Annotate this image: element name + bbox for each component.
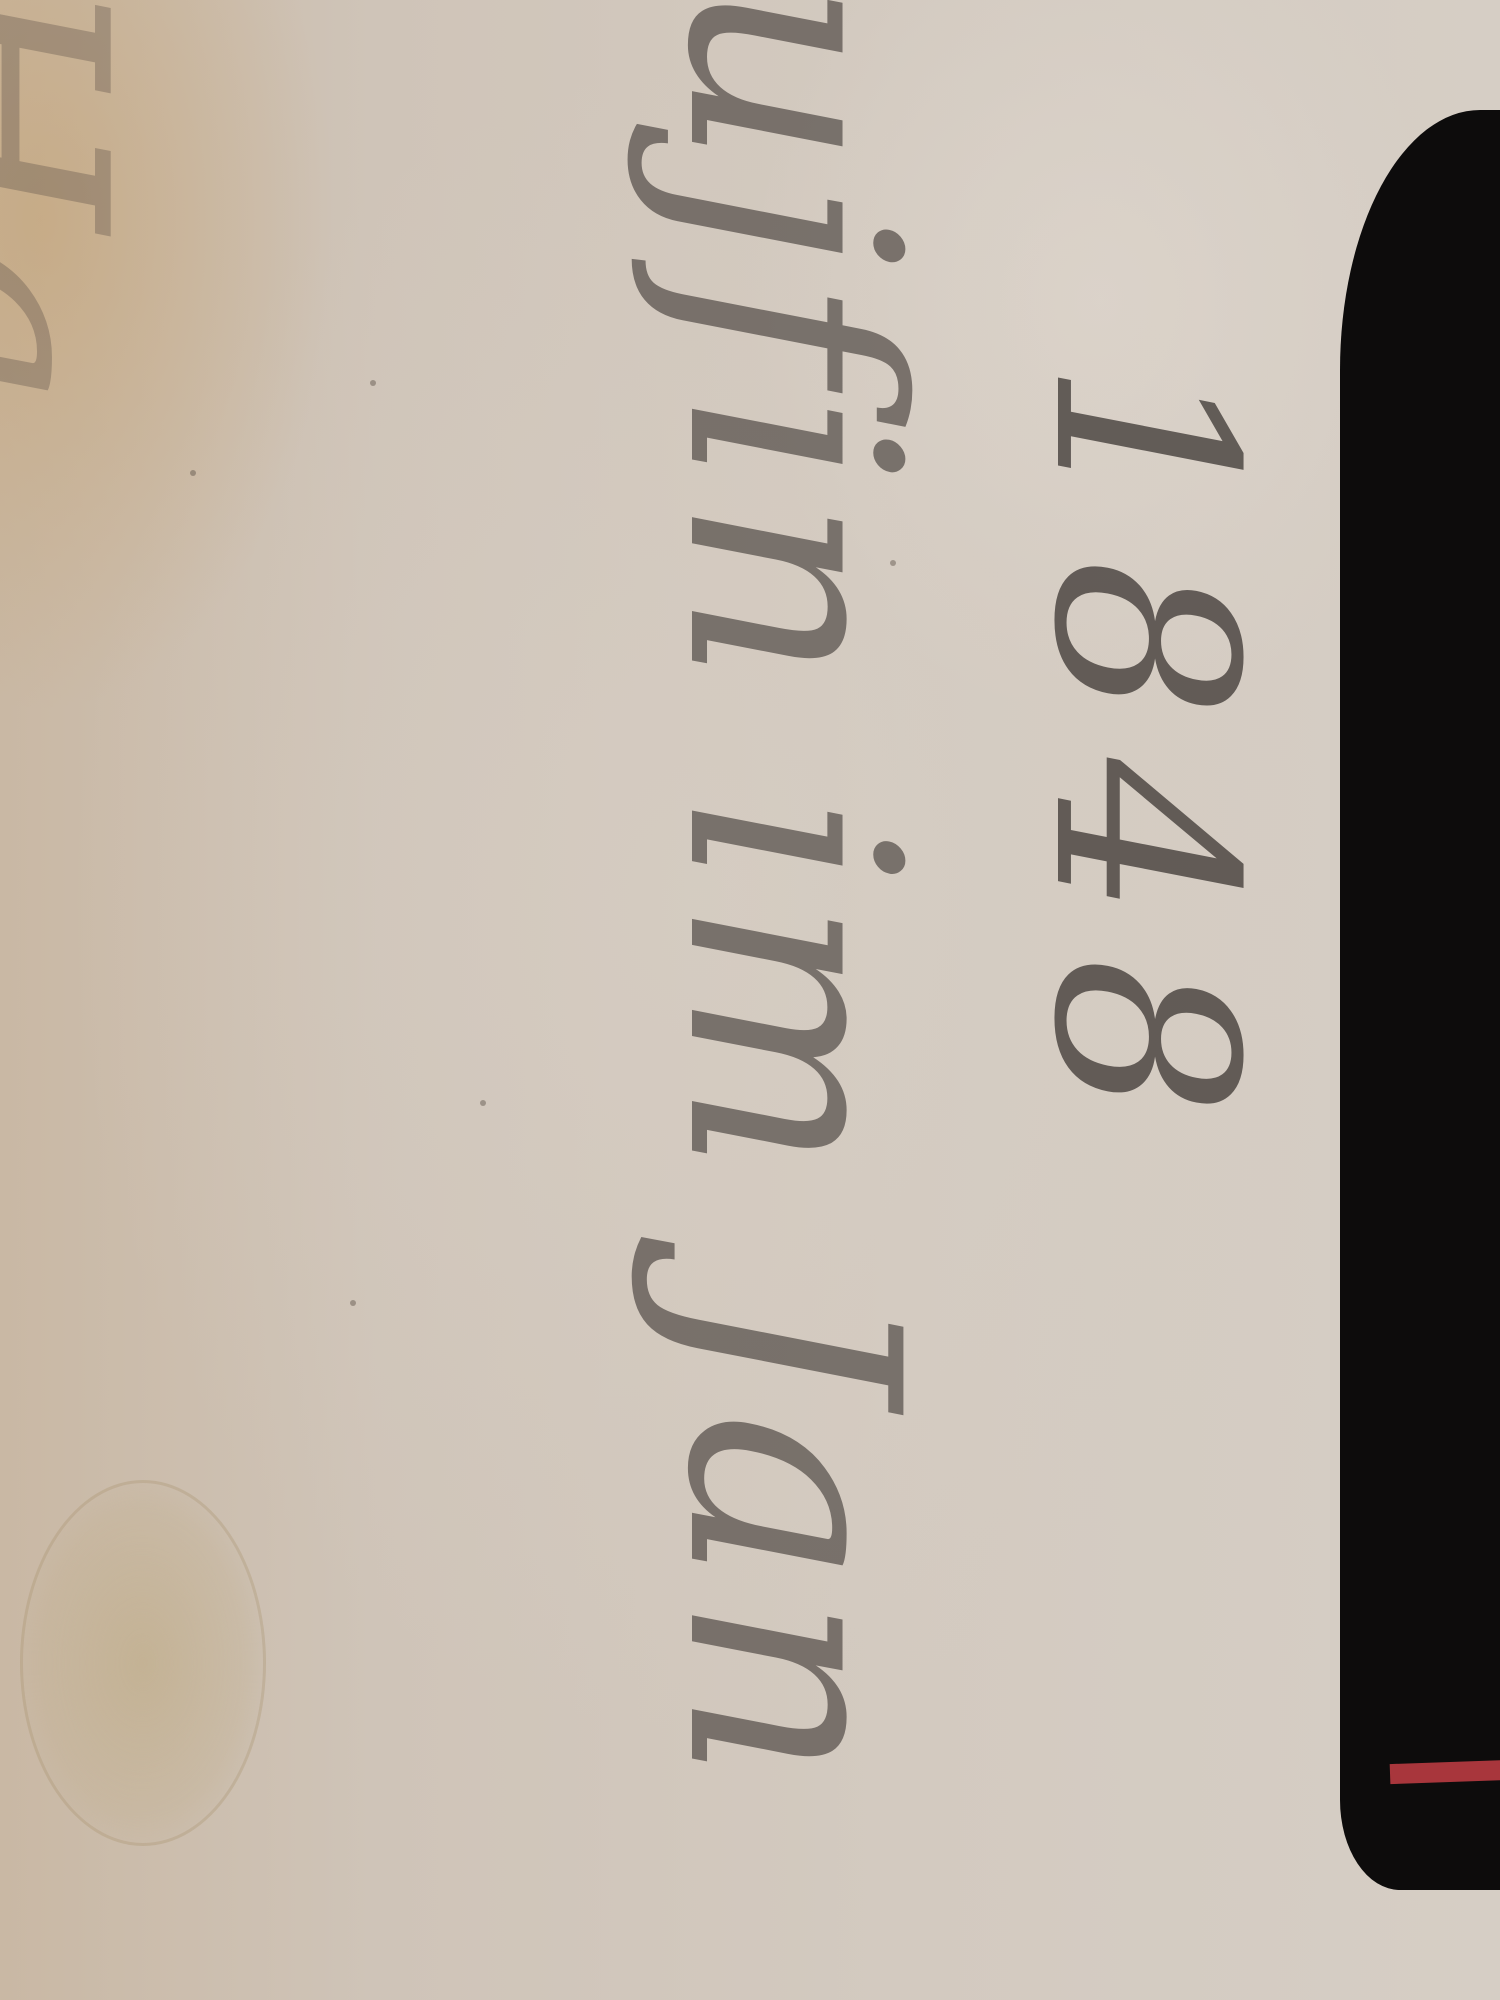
cursive-handwriting-line: ujfin im Jan <box>623 0 960 1792</box>
black-object-right-edge <box>1340 110 1500 1890</box>
ink-speck <box>370 380 376 386</box>
red-stripe <box>1390 1760 1500 1784</box>
ink-speck <box>480 1100 486 1106</box>
faint-handwriting-left-edge: Ha <box>0 0 170 410</box>
ink-speck <box>190 470 196 476</box>
water-stain <box>20 1480 266 1846</box>
ink-speck <box>350 1300 356 1306</box>
handwritten-year: 1848 <box>999 360 1290 1156</box>
